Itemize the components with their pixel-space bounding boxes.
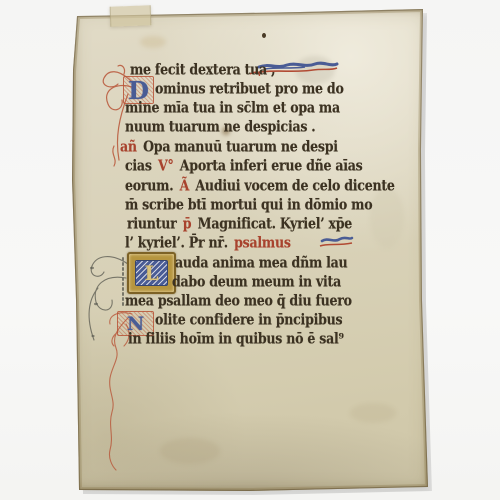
rubric-segment: V° (158, 158, 174, 175)
text-segment: l’ kyriel’. P̄r nr̄. (125, 235, 228, 252)
text-line: cias V° Aporta inferi erue dñe aīas (125, 158, 363, 175)
text-segment: dabo deum meum in vita (172, 274, 341, 291)
rubric-segment: añ (120, 139, 137, 156)
text-segment: m̄ scribe btī mortui qui in dōmio mo (125, 197, 372, 214)
text-line: dabo deum meum in vita (172, 274, 341, 291)
text-segment: mine mīa tua in sc̄lm et opa ma (125, 100, 340, 117)
illuminated-initial-l: L (127, 252, 176, 294)
rubric-segment: psalmus (234, 235, 291, 252)
line-filler-icon (318, 235, 354, 249)
text-segment: ominus retribuet pro me do (155, 81, 344, 98)
text-segment: olite confidere in p̄ncipibus (155, 312, 342, 329)
text-segment: auda anima mea dñm lau (175, 255, 347, 272)
text-segment: Audiui vocem de celo dicente (195, 178, 394, 195)
text-line: l’ kyriel’. P̄r nr̄. psalmus (125, 235, 291, 252)
rubric-segment: p̄ (183, 216, 192, 233)
text-segment: mea psallam deo meo q̄ diu fuero (125, 293, 352, 310)
text-segment: cias (125, 158, 152, 175)
photo-background: { "colors": { "photo_background": "#f6f6… (0, 0, 500, 500)
text-segment: Aporta inferi erue dñe aīas (180, 158, 363, 175)
text-segment: Opa manuū tuarum ne despi (143, 139, 338, 156)
text-line: in filiis hoīm in quibus nō ē sal⁹ (128, 331, 344, 348)
text-line: riuntur p̄ Magnificat. Kyriel’ xp̄e (127, 216, 352, 233)
text-line: olite confidere in p̄ncipibus (155, 312, 342, 329)
text-line: mine mīa tua in sc̄lm et opa ma (125, 100, 340, 117)
text-line: auda anima mea dñm lau (175, 255, 347, 272)
text-segment: nuum tuarum ne despicias . (125, 119, 315, 136)
text-line: me fecit dextera tua , (130, 62, 275, 79)
text-segment: riuntur (127, 216, 176, 233)
text-segment: in filiis hoīm in quibus nō ē sal⁹ (128, 331, 344, 348)
manuscript-leaf: D L N me fecit dextera tua , ominus retr… (70, 8, 430, 494)
rubric-segment: Ã (180, 178, 190, 195)
text-line: m̄ scribe btī mortui qui in dōmio mo (125, 197, 372, 214)
text-block: D L N me fecit dextera tua , ominus retr… (70, 8, 430, 494)
text-segment: me fecit dextera tua , (130, 62, 275, 79)
initial-letter: L (144, 261, 158, 285)
text-line: mea psallam deo meo q̄ diu fuero (125, 293, 352, 310)
text-line: nuum tuarum ne despicias . (125, 119, 315, 136)
text-line: eorum. Ã Audiui vocem de celo dicente (125, 178, 395, 195)
text-segment: eorum. (125, 178, 173, 195)
text-line: añ Opa manuū tuarum ne despi (120, 139, 338, 156)
tape-fragment-icon (110, 5, 152, 26)
text-line: ominus retribuet pro me do (155, 81, 344, 98)
text-segment: Magnificat. Kyriel’ xp̄e (198, 216, 352, 233)
